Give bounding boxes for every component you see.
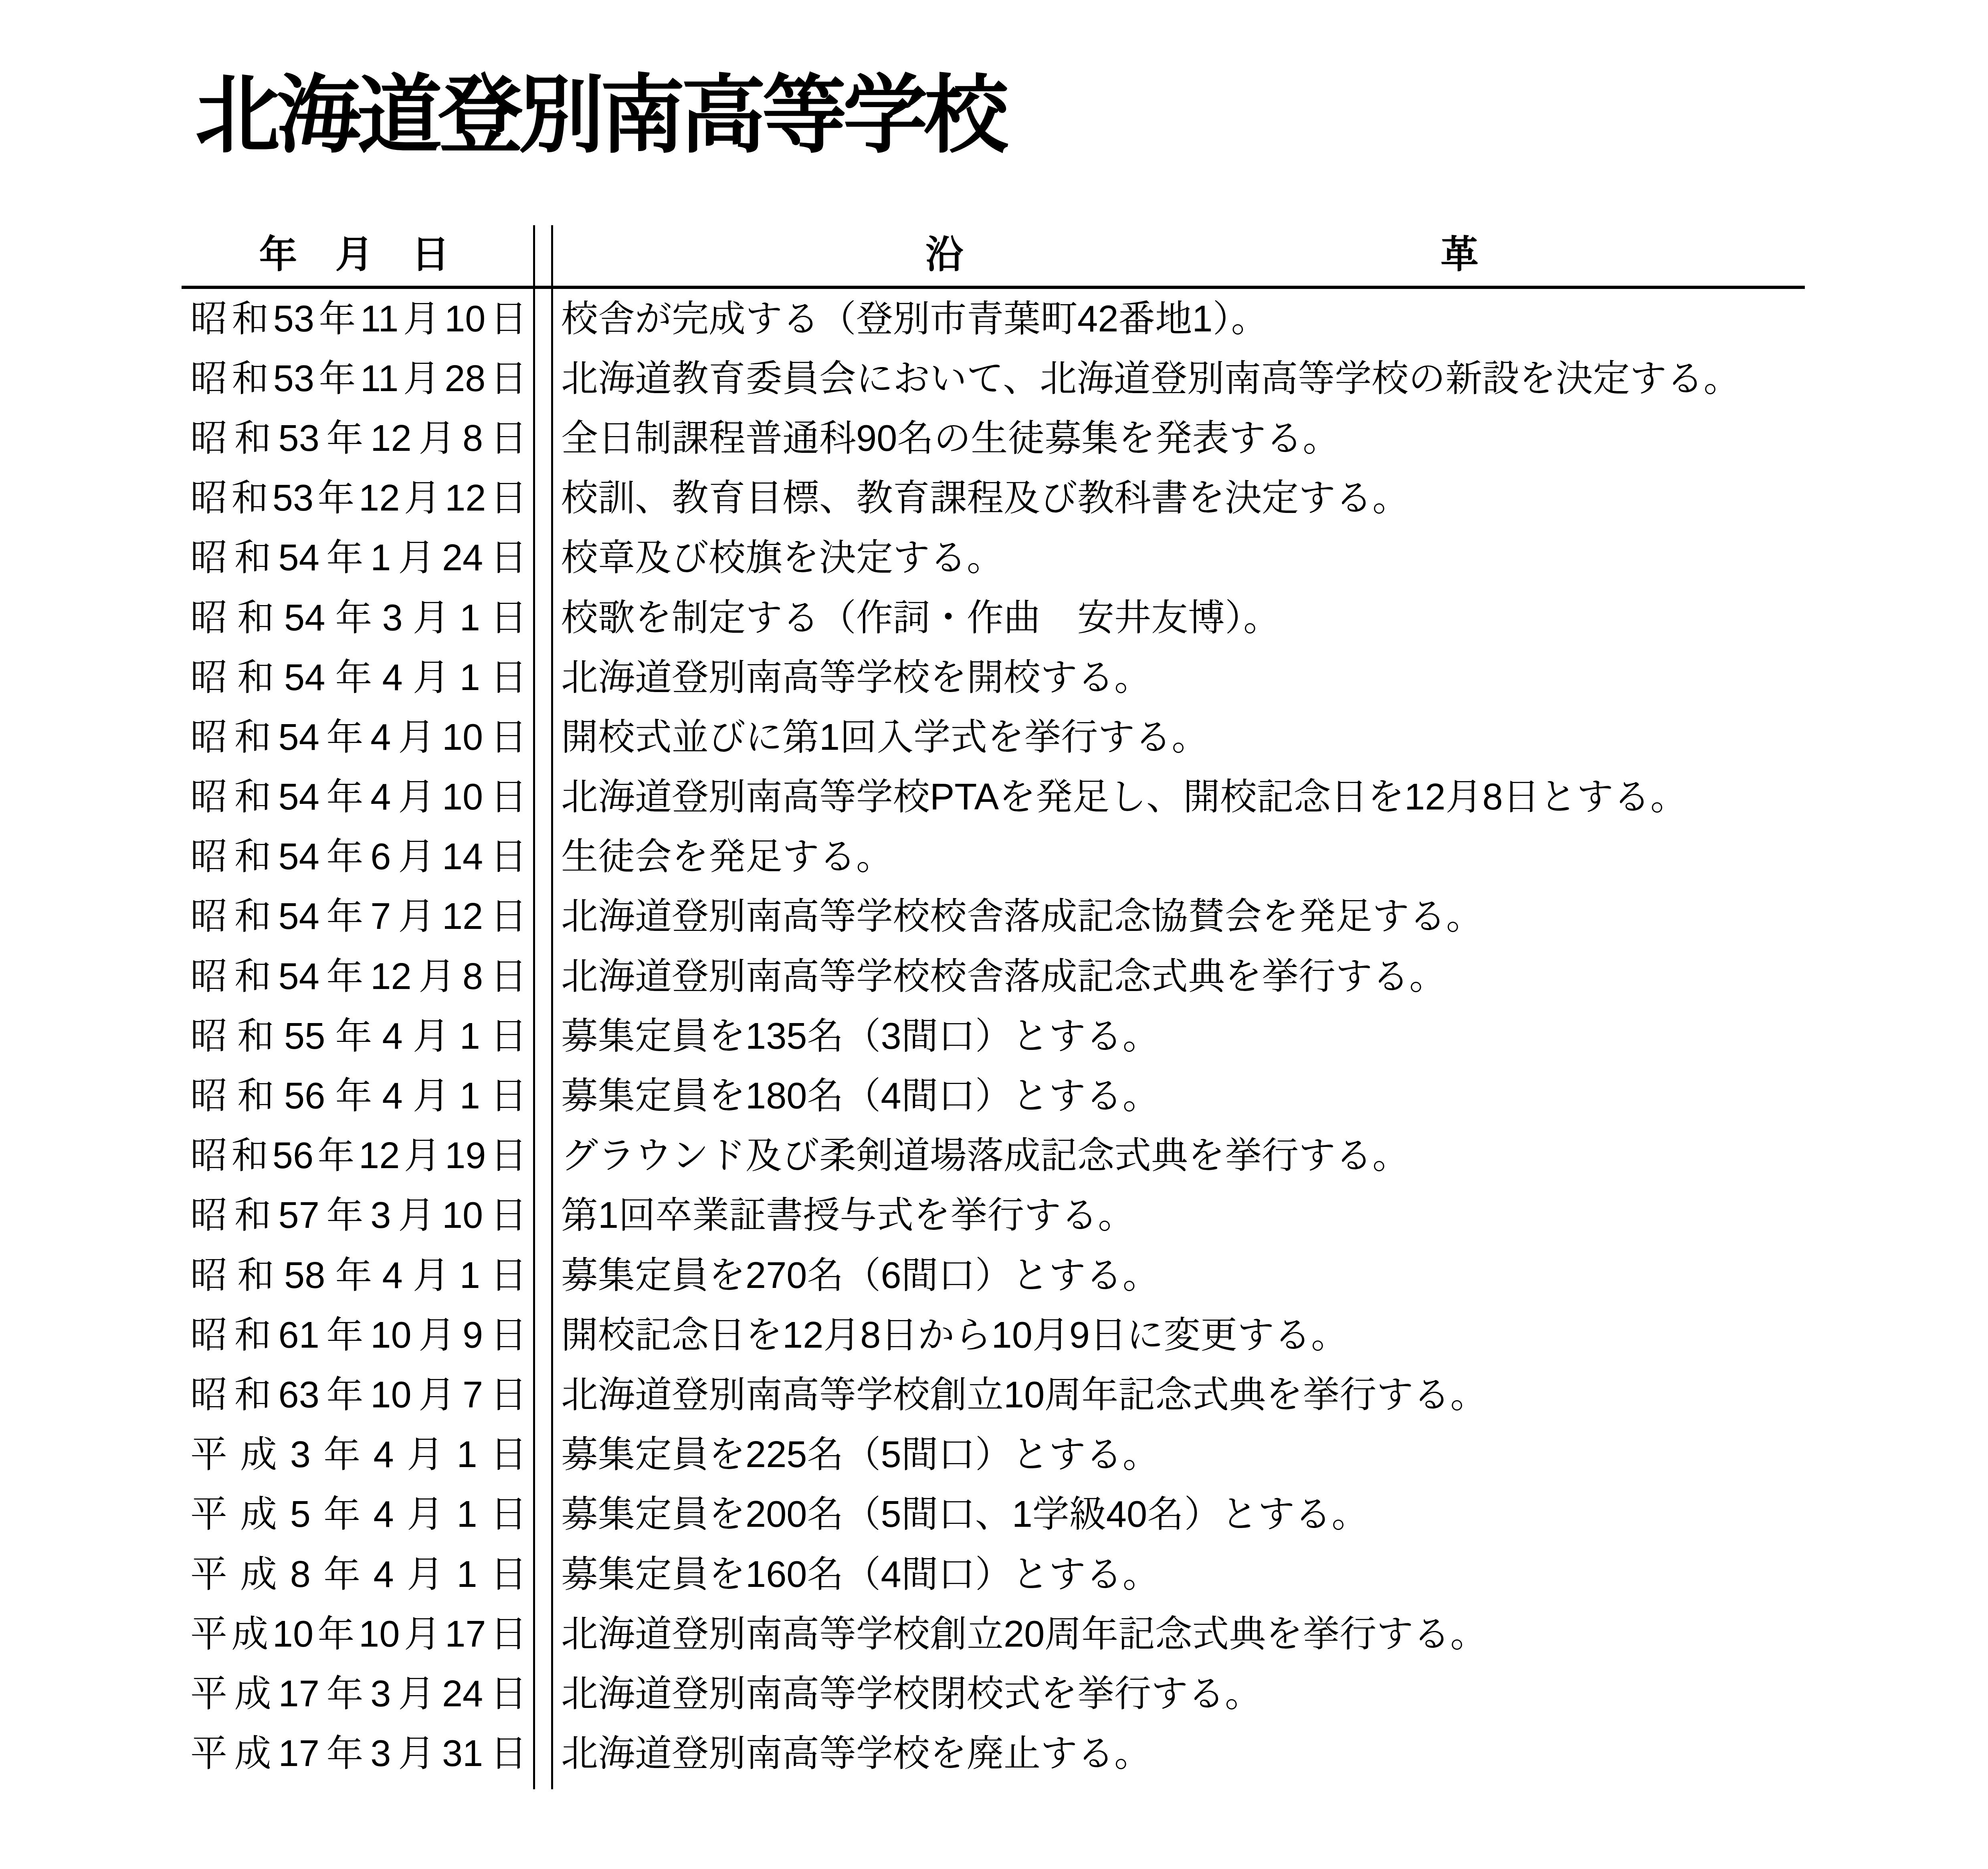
row-event: 募集定員を160名（4間口）とする。 bbox=[561, 1556, 1160, 1593]
date-token: 昭 bbox=[190, 599, 227, 636]
date-token: 19 bbox=[445, 1137, 486, 1174]
date-token: 11 bbox=[360, 360, 399, 397]
row-event: 北海道登別南高等学校校舎落成記念式典を挙行する。 bbox=[561, 958, 1446, 995]
date-token: 54 bbox=[278, 539, 319, 576]
date-token: 成 bbox=[234, 1675, 271, 1712]
date-token: 年 bbox=[335, 1018, 372, 1055]
row-date: 平成5年4月1日 bbox=[190, 1496, 527, 1533]
row-event: 北海道登別南高等学校校舎落成記念協賛会を発足する。 bbox=[561, 898, 1483, 935]
date-token: 年 bbox=[327, 420, 364, 457]
date-token: 17 bbox=[445, 1616, 486, 1653]
date-token: 日 bbox=[490, 898, 527, 935]
date-token: 58 bbox=[284, 1257, 325, 1294]
date-token: 12 bbox=[442, 898, 483, 935]
date-token: 平 bbox=[190, 1735, 227, 1772]
date-token: 年 bbox=[327, 898, 364, 935]
date-token: 和 bbox=[234, 898, 271, 935]
table-row: 昭和54年1月24日校章及び校旗を決定する。 bbox=[182, 528, 1805, 588]
row-date: 昭和54年3月1日 bbox=[190, 599, 527, 636]
date-token: 月 bbox=[418, 420, 455, 457]
date-token: 月 bbox=[418, 1317, 455, 1354]
date-token: 日 bbox=[490, 1137, 527, 1174]
date-token: 成 bbox=[234, 1735, 271, 1772]
row-event: 全日制課程普通科90名の生徒募集を発表する。 bbox=[561, 420, 1339, 457]
row-event: 校歌を制定する（作詞・作曲 安井友博）。 bbox=[561, 599, 1280, 636]
date-token: 53 bbox=[273, 301, 314, 337]
date-token: 日 bbox=[490, 1078, 527, 1114]
row-date: 昭和53年12月12日 bbox=[190, 480, 527, 517]
date-token: 和 bbox=[237, 1078, 274, 1114]
date-token: 昭 bbox=[190, 779, 227, 815]
date-token: 月 bbox=[413, 1257, 450, 1294]
date-token: 日 bbox=[490, 420, 527, 457]
row-date: 昭和57年3月10日 bbox=[190, 1197, 527, 1234]
date-token: 和 bbox=[237, 1018, 274, 1055]
date-token: 6 bbox=[370, 838, 391, 875]
date-token: 日 bbox=[490, 1556, 527, 1593]
date-token: 月 bbox=[413, 659, 450, 696]
date-token: 日 bbox=[490, 1018, 527, 1055]
date-token: 和 bbox=[234, 958, 271, 995]
date-token: 12 bbox=[359, 1137, 400, 1174]
row-date: 昭和54年1月24日 bbox=[190, 539, 527, 576]
date-token: 54 bbox=[278, 779, 319, 815]
table-row: 昭和54年4月1日北海道登別南高等学校を開校する。 bbox=[182, 648, 1805, 707]
date-token: 成 bbox=[231, 1616, 268, 1653]
date-token: 4 bbox=[382, 1257, 403, 1294]
date-token: 和 bbox=[234, 779, 271, 815]
row-event: 校舎が完成する（登別市青葉町42番地1）。 bbox=[561, 301, 1268, 337]
date-token: 3 bbox=[370, 1197, 391, 1234]
page-title: 北海道登別南高等学校 bbox=[195, 67, 1005, 165]
date-token: 和 bbox=[237, 659, 274, 696]
date-token: 日 bbox=[490, 1317, 527, 1354]
table-row: 昭和61年10月9日開校記念日を12月8日から10月9日に変更する。 bbox=[182, 1305, 1805, 1365]
date-token: 4 bbox=[382, 1018, 403, 1055]
date-token: 昭 bbox=[190, 1257, 227, 1294]
date-token: 月 bbox=[398, 1735, 435, 1772]
row-event: 募集定員を270名（6間口）とする。 bbox=[561, 1257, 1160, 1294]
date-token: 1 bbox=[460, 1018, 480, 1055]
table-row: 昭和53年12月8日全日制課程普通科90名の生徒募集を発表する。 bbox=[182, 408, 1805, 468]
date-token: 和 bbox=[234, 838, 271, 875]
date-token: 月 bbox=[413, 599, 450, 636]
row-date: 平成3年4月1日 bbox=[190, 1436, 527, 1473]
date-token: 年 bbox=[335, 599, 372, 636]
table-row: 昭和54年7月12日北海道登別南高等学校校舎落成記念協賛会を発足する。 bbox=[182, 887, 1805, 947]
date-token: 昭 bbox=[190, 659, 227, 696]
table-row: 昭和63年10月7日北海道登別南高等学校創立10周年記念式典を挙行する。 bbox=[182, 1365, 1805, 1425]
date-token: 54 bbox=[278, 958, 319, 995]
date-token: 12 bbox=[359, 480, 400, 517]
date-token: 昭 bbox=[190, 1137, 227, 1174]
date-token: 1 bbox=[460, 1078, 480, 1114]
date-token: 年 bbox=[323, 1436, 360, 1473]
date-token: 年 bbox=[327, 1197, 364, 1234]
date-token: 8 bbox=[463, 958, 483, 995]
row-event: 募集定員を180名（4間口）とする。 bbox=[561, 1078, 1160, 1114]
date-token: 年 bbox=[327, 1377, 364, 1413]
row-event: 生徒会を発足する。 bbox=[561, 838, 893, 875]
row-event: 北海道登別南高等学校を廃止する。 bbox=[561, 1735, 1151, 1772]
row-event: 校訓、教育目標、教育課程及び教科書を決定する。 bbox=[561, 480, 1409, 517]
row-date: 昭和55年4月1日 bbox=[190, 1018, 527, 1055]
date-token: 54 bbox=[284, 659, 325, 696]
header-date-column: 年 月 日 bbox=[182, 236, 527, 274]
date-token: 平 bbox=[190, 1616, 227, 1653]
table-row: 昭和54年4月10日北海道登別南高等学校PTAを発足し、開校記念日を12月8日と… bbox=[182, 767, 1805, 827]
date-token: 28 bbox=[444, 360, 485, 397]
date-token: 月 bbox=[398, 838, 435, 875]
date-token: 月 bbox=[398, 898, 435, 935]
date-token: 1 bbox=[460, 659, 480, 696]
table-row: 平成17年3月31日北海道登別南高等学校を廃止する。 bbox=[182, 1724, 1805, 1784]
row-date: 平成17年3月31日 bbox=[190, 1735, 527, 1772]
date-token: 和 bbox=[237, 599, 274, 636]
date-token: 11 bbox=[360, 301, 399, 337]
date-token: 成 bbox=[240, 1556, 277, 1593]
date-token: 1 bbox=[460, 599, 480, 636]
date-token: 昭 bbox=[190, 1317, 227, 1354]
table-row: 平成5年4月1日募集定員を200名（5間口、1学級40名）とする。 bbox=[182, 1485, 1805, 1544]
history-table: 年 月 日 沿 革 昭和53年11月10日校舎が完成する（登別市青葉町42番地1… bbox=[182, 224, 1805, 1784]
header-enkaku-char-2: 革 bbox=[1440, 236, 1479, 274]
date-token: 和 bbox=[231, 480, 268, 517]
row-date: 昭和56年4月1日 bbox=[190, 1078, 527, 1114]
row-date: 昭和54年7月12日 bbox=[190, 898, 527, 935]
row-date: 昭和56年12月19日 bbox=[190, 1137, 527, 1174]
date-token: 平 bbox=[190, 1556, 227, 1593]
row-event: 北海道登別南高等学校創立10周年記念式典を挙行する。 bbox=[561, 1377, 1487, 1413]
date-token: 4 bbox=[374, 1556, 394, 1593]
date-token: 月 bbox=[398, 1675, 435, 1712]
date-token: 1 bbox=[457, 1556, 477, 1593]
row-event: 北海道登別南高等学校創立20周年記念式典を挙行する。 bbox=[561, 1616, 1487, 1653]
date-token: 17 bbox=[278, 1735, 319, 1772]
date-token: 和 bbox=[234, 420, 271, 457]
date-token: 53 bbox=[273, 480, 313, 517]
date-token: 8 bbox=[290, 1556, 311, 1593]
date-token: 10 bbox=[370, 1317, 411, 1354]
row-date: 昭和54年6月14日 bbox=[190, 838, 527, 875]
date-token: 3 bbox=[290, 1436, 311, 1473]
date-token: 月 bbox=[398, 719, 435, 756]
date-token: 日 bbox=[490, 659, 527, 696]
date-token: 昭 bbox=[190, 420, 227, 457]
date-token: 昭 bbox=[190, 1078, 227, 1114]
date-token: 日 bbox=[490, 719, 527, 756]
table-row: 昭和53年11月28日北海道教育委員会において、北海道登別南高等学校の新設を決定… bbox=[182, 349, 1805, 408]
date-token: 4 bbox=[374, 1436, 394, 1473]
table-row: 昭和53年12月12日校訓、教育目標、教育課程及び教科書を決定する。 bbox=[182, 468, 1805, 528]
date-token: 17 bbox=[278, 1675, 319, 1712]
row-date: 平成8年4月1日 bbox=[190, 1556, 527, 1593]
date-token: 日 bbox=[490, 1436, 527, 1473]
date-token: 月 bbox=[418, 1377, 455, 1413]
column-divider-line-right bbox=[551, 225, 553, 1789]
table-row: 昭和55年4月1日募集定員を135名（3間口）とする。 bbox=[182, 1006, 1805, 1066]
date-token: 54 bbox=[284, 599, 325, 636]
row-date: 昭和63年10月7日 bbox=[190, 1377, 527, 1413]
date-token: 月 bbox=[404, 1137, 441, 1174]
date-token: 月 bbox=[398, 1197, 435, 1234]
date-token: 月 bbox=[407, 1436, 444, 1473]
date-token: 56 bbox=[284, 1078, 325, 1114]
row-event: 募集定員を225名（5間口）とする。 bbox=[561, 1436, 1160, 1473]
date-token: 3 bbox=[370, 1675, 391, 1712]
date-token: 和 bbox=[237, 1257, 274, 1294]
date-token: 1 bbox=[457, 1436, 477, 1473]
date-token: 日 bbox=[490, 1257, 527, 1294]
row-event: 北海道登別南高等学校を開校する。 bbox=[561, 659, 1151, 696]
date-token: 月 bbox=[418, 958, 455, 995]
date-token: 年 bbox=[335, 1257, 372, 1294]
table-row: 昭和53年11月10日校舎が完成する（登別市青葉町42番地1）。 bbox=[182, 289, 1805, 349]
date-token: 4 bbox=[370, 719, 391, 756]
date-token: 年 bbox=[327, 1675, 364, 1712]
row-date: 昭和54年4月1日 bbox=[190, 659, 527, 696]
date-token: 54 bbox=[278, 838, 319, 875]
date-token: 4 bbox=[374, 1496, 394, 1533]
date-token: 月 bbox=[407, 1556, 444, 1593]
date-token: 年 bbox=[327, 779, 364, 815]
date-token: 4 bbox=[382, 659, 403, 696]
table-row: 昭和56年4月1日募集定員を180名（4間口）とする。 bbox=[182, 1066, 1805, 1126]
date-token: 3 bbox=[382, 599, 403, 636]
row-event: 開校記念日を12月8日から10月9日に変更する。 bbox=[561, 1317, 1348, 1354]
date-token: 12 bbox=[370, 958, 411, 995]
date-token: 日 bbox=[490, 1616, 527, 1653]
date-token: 昭 bbox=[190, 480, 227, 517]
row-date: 平成17年3月24日 bbox=[190, 1675, 527, 1712]
row-event: 北海道登別南高等学校PTAを発足し、開校記念日を12月8日とする。 bbox=[561, 779, 1687, 815]
date-token: 年 bbox=[327, 1735, 364, 1772]
date-token: 日 bbox=[490, 599, 527, 636]
date-token: 月 bbox=[404, 480, 441, 517]
date-token: 日 bbox=[490, 958, 527, 995]
date-token: 昭 bbox=[190, 838, 227, 875]
table-row: 昭和54年6月14日生徒会を発足する。 bbox=[182, 827, 1805, 887]
row-event: グラウンド及び柔剣道場落成記念式典を挙行する。 bbox=[561, 1137, 1409, 1174]
row-event: 北海道登別南高等学校閉校式を挙行する。 bbox=[561, 1675, 1262, 1712]
date-token: 1 bbox=[460, 1257, 480, 1294]
row-date: 昭和58年4月1日 bbox=[190, 1257, 527, 1294]
date-token: 12 bbox=[445, 480, 486, 517]
date-token: 昭 bbox=[190, 1018, 227, 1055]
date-token: 和 bbox=[231, 1137, 268, 1174]
date-token: 14 bbox=[442, 838, 483, 875]
date-token: 年 bbox=[318, 1616, 355, 1653]
date-token: 昭 bbox=[190, 1197, 227, 1234]
date-token: 10 bbox=[442, 719, 483, 756]
date-token: 10 bbox=[442, 1197, 483, 1234]
date-token: 平 bbox=[190, 1496, 227, 1533]
row-date: 昭和53年12月8日 bbox=[190, 420, 527, 457]
date-token: 昭 bbox=[190, 360, 227, 397]
date-token: 月 bbox=[413, 1018, 450, 1055]
header-enkaku-column: 沿 革 bbox=[527, 236, 1805, 274]
date-token: 昭 bbox=[190, 898, 227, 935]
date-token: 年 bbox=[335, 659, 372, 696]
date-token: 年 bbox=[327, 539, 364, 576]
date-token: 10 bbox=[444, 301, 485, 337]
date-token: 昭 bbox=[190, 539, 227, 576]
row-date: 昭和54年4月10日 bbox=[190, 719, 527, 756]
date-token: 年 bbox=[318, 480, 355, 517]
date-token: 月 bbox=[403, 360, 440, 397]
date-token: 56 bbox=[273, 1137, 313, 1174]
date-token: 4 bbox=[382, 1078, 403, 1114]
date-token: 8 bbox=[463, 420, 483, 457]
date-token: 月 bbox=[413, 1078, 450, 1114]
date-token: 和 bbox=[234, 1197, 271, 1234]
date-token: 月 bbox=[398, 779, 435, 815]
date-token: 61 bbox=[278, 1317, 319, 1354]
date-token: 和 bbox=[232, 301, 269, 337]
table-row: 昭和54年3月1日校歌を制定する（作詞・作曲 安井友博）。 bbox=[182, 588, 1805, 648]
date-token: 月 bbox=[398, 539, 435, 576]
date-token: 年 bbox=[323, 1496, 360, 1533]
date-token: 和 bbox=[234, 719, 271, 756]
row-event: 募集定員を135名（3間口）とする。 bbox=[561, 1018, 1160, 1055]
table-row: 昭和54年12月8日北海道登別南高等学校校舎落成記念式典を挙行する。 bbox=[182, 947, 1805, 1006]
date-token: 31 bbox=[442, 1735, 483, 1772]
date-token: 7 bbox=[370, 898, 391, 935]
date-token: 57 bbox=[278, 1197, 319, 1234]
date-token: 24 bbox=[442, 1675, 483, 1712]
table-row: 平成17年3月24日北海道登別南高等学校閉校式を挙行する。 bbox=[182, 1664, 1805, 1724]
date-token: 日 bbox=[490, 1377, 527, 1413]
table-row: 昭和57年3月10日第1回卒業証書授与式を挙行する。 bbox=[182, 1186, 1805, 1245]
date-token: 日 bbox=[490, 1197, 527, 1234]
date-token: 昭 bbox=[190, 301, 227, 337]
date-token: 成 bbox=[240, 1436, 277, 1473]
date-token: 1 bbox=[370, 539, 391, 576]
column-divider-line-left bbox=[533, 225, 535, 1789]
date-token: 和 bbox=[234, 1377, 271, 1413]
date-token: 12 bbox=[370, 420, 411, 457]
date-token: 1 bbox=[457, 1496, 477, 1533]
date-token: 和 bbox=[232, 360, 269, 397]
date-token: 54 bbox=[278, 719, 319, 756]
date-token: 月 bbox=[407, 1496, 444, 1533]
row-event: 北海道教育委員会において、北海道登別南高等学校の新設を決定する。 bbox=[561, 360, 1740, 397]
date-token: 9 bbox=[463, 1317, 483, 1354]
row-date: 昭和54年4月10日 bbox=[190, 779, 527, 815]
date-token: 成 bbox=[240, 1496, 277, 1533]
header-rule-divider bbox=[182, 286, 1805, 289]
date-token: 5 bbox=[290, 1496, 311, 1533]
table-row: 平成3年4月1日募集定員を225名（5間口）とする。 bbox=[182, 1425, 1805, 1485]
date-token: 年 bbox=[323, 1556, 360, 1593]
date-token: 63 bbox=[278, 1377, 319, 1413]
date-token: 10 bbox=[359, 1616, 400, 1653]
date-token: 年 bbox=[318, 1137, 355, 1174]
date-token: 10 bbox=[273, 1616, 313, 1653]
date-token: 日 bbox=[490, 1496, 527, 1533]
date-token: 昭 bbox=[190, 1377, 227, 1413]
date-token: 月 bbox=[403, 301, 440, 337]
date-token: 日 bbox=[490, 480, 527, 517]
date-token: 和 bbox=[234, 539, 271, 576]
date-token: 10 bbox=[370, 1377, 411, 1413]
date-token: 月 bbox=[404, 1616, 441, 1653]
date-token: 年 bbox=[335, 1078, 372, 1114]
date-token: 年 bbox=[327, 958, 364, 995]
date-token: 年 bbox=[327, 1317, 364, 1354]
date-token: 日 bbox=[490, 779, 527, 815]
date-token: 日 bbox=[490, 539, 527, 576]
date-token: 55 bbox=[284, 1018, 325, 1055]
row-date: 昭和53年11月28日 bbox=[190, 360, 527, 397]
date-token: 平 bbox=[190, 1675, 227, 1712]
date-token: 年 bbox=[319, 301, 356, 337]
date-token: 年 bbox=[327, 719, 364, 756]
date-token: 10 bbox=[442, 779, 483, 815]
row-date: 昭和61年10月9日 bbox=[190, 1317, 527, 1354]
date-token: 24 bbox=[442, 539, 483, 576]
date-token: 昭 bbox=[190, 958, 227, 995]
table-row: 平成10年10月17日北海道登別南高等学校創立20周年記念式典を挙行する。 bbox=[182, 1604, 1805, 1664]
date-token: 日 bbox=[490, 838, 527, 875]
row-date: 平成10年10月17日 bbox=[190, 1616, 527, 1653]
table-row: 昭和58年4月1日募集定員を270名（6間口）とする。 bbox=[182, 1245, 1805, 1305]
date-token: 日 bbox=[490, 1675, 527, 1712]
date-token: 3 bbox=[370, 1735, 391, 1772]
row-event: 第1回卒業証書授与式を挙行する。 bbox=[561, 1197, 1135, 1234]
table-row: 昭和56年12月19日グラウンド及び柔剣道場落成記念式典を挙行する。 bbox=[182, 1126, 1805, 1186]
date-token: 年 bbox=[319, 360, 356, 397]
date-token: 日 bbox=[490, 360, 527, 397]
table-row: 昭和54年4月10日開校式並びに第1回入学式を挙行する。 bbox=[182, 707, 1805, 767]
row-event: 開校式並びに第1回入学式を挙行する。 bbox=[561, 719, 1208, 756]
table-rows: 昭和53年11月10日校舎が完成する（登別市青葉町42番地1）。昭和53年11月… bbox=[182, 289, 1805, 1784]
date-token: 年 bbox=[327, 838, 364, 875]
header-enkaku-char-1: 沿 bbox=[925, 236, 964, 274]
date-token: 和 bbox=[234, 1317, 271, 1354]
date-token: 日 bbox=[490, 301, 527, 337]
row-event: 校章及び校旗を決定する。 bbox=[561, 539, 1004, 576]
table-row: 平成8年4月1日募集定員を160名（4間口）とする。 bbox=[182, 1544, 1805, 1604]
date-token: 53 bbox=[278, 420, 319, 457]
date-token: 7 bbox=[463, 1377, 483, 1413]
table-header-row: 年 月 日 沿 革 bbox=[182, 224, 1805, 286]
row-event: 募集定員を200名（5間口、1学級40名）とする。 bbox=[561, 1496, 1368, 1533]
row-date: 昭和54年12月8日 bbox=[190, 958, 527, 995]
date-token: 昭 bbox=[190, 719, 227, 756]
date-token: 平 bbox=[190, 1436, 227, 1473]
date-token: 54 bbox=[278, 898, 319, 935]
row-date: 昭和53年11月10日 bbox=[190, 301, 527, 337]
date-token: 53 bbox=[273, 360, 314, 397]
date-token: 日 bbox=[490, 1735, 527, 1772]
date-token: 4 bbox=[370, 779, 391, 815]
